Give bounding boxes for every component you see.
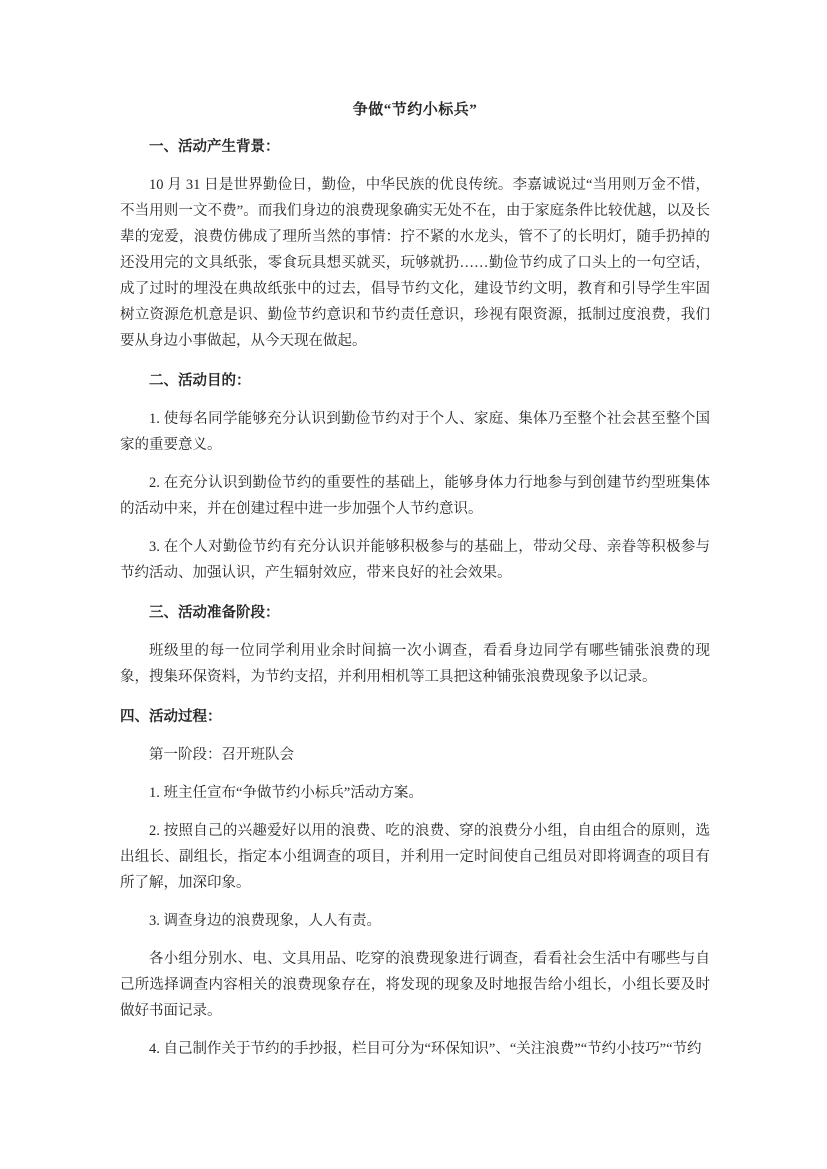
section-heading-preparation: 三、活动准备阶段： [120,600,710,626]
section-heading-background: 一、活动产生背景： [120,134,710,160]
section-heading-purpose: 二、活动目的： [120,368,710,394]
paragraph-process-2: 2. 按照自己的兴趣爱好以用的浪费、吃的浪费、穿的浪费分小组，自由组合的原则，选… [120,818,710,896]
paragraph-purpose-2: 2. 在充分认识到勤俭节约的重要性的基础上，能够身体力行地参与到创建节约型班集体… [120,470,710,522]
paragraph-preparation: 班级里的每一位同学利用业余时间搞一次小调查，看看身边同学有哪些铺张浪费的现象，搜… [120,638,710,690]
document-page: 争做“节约小标兵” 一、活动产生背景： 10 月 31 日是世界勤俭日，勤俭，中… [0,0,827,1169]
paragraph-process-3-detail: 各小组分别水、电、文具用品、吃穿的浪费现象进行调查，看看社会生活中有哪些与自己所… [120,946,710,1024]
paragraph-process-3: 3. 调查身边的浪费现象，人人有责。 [120,908,710,934]
paragraph-process-1: 1. 班主任宣布“争做节约小标兵”活动方案。 [120,780,710,806]
paragraph-stage-one: 第一阶段：召开班队会 [120,742,710,768]
doc-title: 争做“节约小标兵” [120,100,710,120]
paragraph-purpose-3: 3. 在个人对勤俭节约有充分认识并能够积极参与的基础上，带动父母、亲眷等积极参与… [120,534,710,586]
paragraph-process-4: 4. 自己制作关于节约的手抄报，栏目可分为“环保知识”、“关注浪费”“节约小技巧… [120,1036,710,1062]
section-heading-process: 四、活动过程： [120,704,710,730]
paragraph-background: 10 月 31 日是世界勤俭日，勤俭，中华民族的优良传统。李嘉诚说过“当用则万金… [120,172,710,354]
paragraph-purpose-1: 1. 使每名同学能够充分认识到勤俭节约对于个人、家庭、集体乃至整个社会甚至整个国… [120,406,710,458]
